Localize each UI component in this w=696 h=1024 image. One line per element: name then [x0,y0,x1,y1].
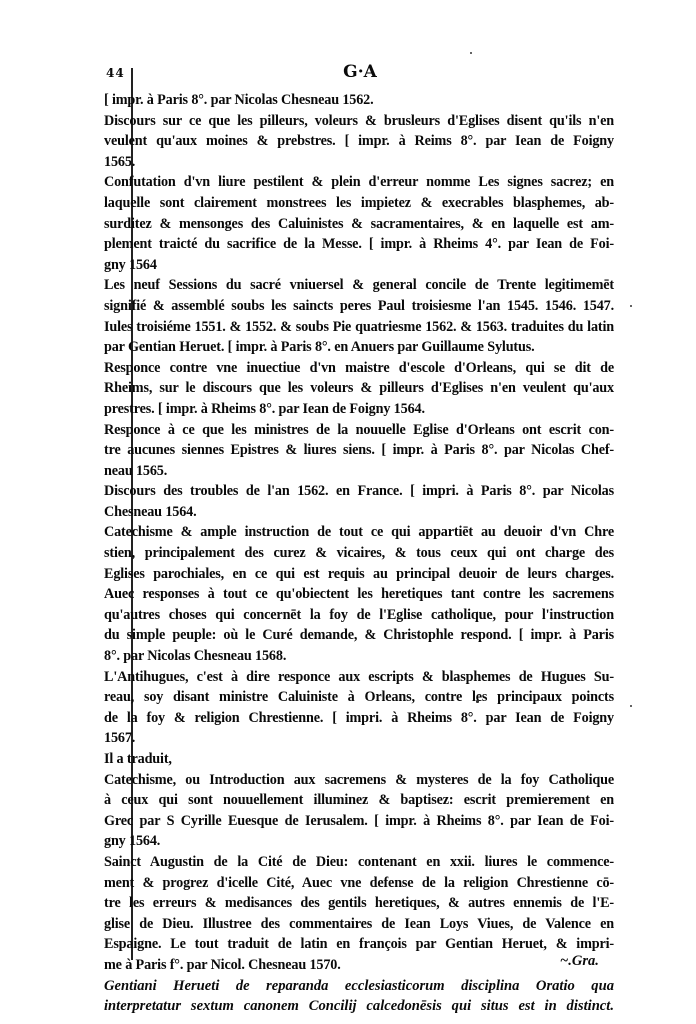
text-line: reau, soy disant ministre Caluiniste à O… [104,687,614,708]
text-line: Rheims, sur le discours que les voleurs … [104,378,614,399]
text-line: Espaigne. Le tout traduit de latin en fr… [104,934,614,955]
text-line: Sainct Augustin de la Cité de Dieu: cont… [104,852,614,873]
text-line: me à Paris f°. par Nicol. Chesneau 1570. [104,955,614,976]
text-line: Eglises parochiales, en ce qui est requi… [104,564,614,585]
text-line: 8°. par Nicolas Chesneau 1568. [104,646,614,667]
text-line: qu'autres choses qui concernēt la foy de… [104,605,614,626]
text-line: du simple peuple: où le Curé demande, & … [104,625,614,646]
text-line: ment & progrez d'icelle Cité, Auec vne d… [104,873,614,894]
text-line: Il a traduit, [104,749,614,770]
text-line: 1567. [104,728,614,749]
print-speck [630,705,632,707]
print-speck [630,305,632,307]
text-line: laquelle sont clairement monstrees les i… [104,193,614,214]
text-line: Iules troisiéme 1551. & 1552. & soubs Pi… [104,317,614,338]
text-line: tre aucunes siennes Epistres & liures si… [104,440,614,461]
text-line: surditez & mensonges des Caluinistes & s… [104,214,614,235]
text-line: tre les erreurs & medisances des gentils… [104,893,614,914]
text-line: Les neuf Sessions du sacré vniuersel & g… [104,275,614,296]
text-line: Grec par S Cyrille Euesque de Ierusalem.… [104,811,614,832]
text-line: Responce à ce que les ministres de la no… [104,420,614,441]
text-line: à ceux qui sont nouuellement illuminez &… [104,790,614,811]
text-line: Gentiani Herueti de reparanda ecclesiast… [104,976,614,997]
catchword: ~.Gra. [560,953,599,970]
page-number: 44 [106,66,125,80]
text-line: glise de Dieu. Illustree des commentaire… [104,914,614,935]
text-line: L'Antihugues, c'est à dire responce aux … [104,667,614,688]
text-line: [ impr. à Paris 8°. par Nicolas Chesneau… [104,90,614,111]
text-line: gny 1564. [104,831,614,852]
text-line: par Gentian Heruet. [ impr. à Paris 8°. … [104,337,614,358]
text-line: Catechisme, ou Introduction aux sacremen… [104,770,614,791]
text-line: signifié & assemblé soubs les saincts pe… [104,296,614,317]
print-speck [476,700,479,703]
running-head: G·A [330,62,390,82]
book-page: 44 G·A [ impr. à Paris 8°. par Nicolas C… [0,0,696,1024]
text-line: Catechisme & ample instruction de tout c… [104,522,614,543]
text-line: 1565. [104,152,614,173]
text-line: interpretatur sextum canonem Concilij ca… [104,996,614,1017]
text-line: de la foy & religion Chrestienne. [ impr… [104,708,614,729]
print-speck [470,52,472,54]
text-line: stien, principalement des curez & vicair… [104,543,614,564]
text-line: Discours sur ce que les pilleurs, voleur… [104,111,614,132]
text-line: neau 1565. [104,461,614,482]
text-line: Responce contre vne inuectiue d'vn maist… [104,358,614,379]
text-line: veulent qu'aux moines & prebstres. [ imp… [104,131,614,152]
text-line: Chesneau 1564. [104,502,614,523]
text-line: prestres. [ impr. à Rheims 8°. par Iean … [104,399,614,420]
text-line: Discours des troubles de l'an 1562. en F… [104,481,614,502]
text-line: Confutation d'vn liure pestilent & plein… [104,172,614,193]
text-line: Auec responses à tout ce qu'obiectent le… [104,584,614,605]
body-text: [ impr. à Paris 8°. par Nicolas Chesneau… [104,90,614,1017]
text-line: gny 1564 [104,255,614,276]
text-line: plement traicté du sacrifice de la Messe… [104,234,614,255]
